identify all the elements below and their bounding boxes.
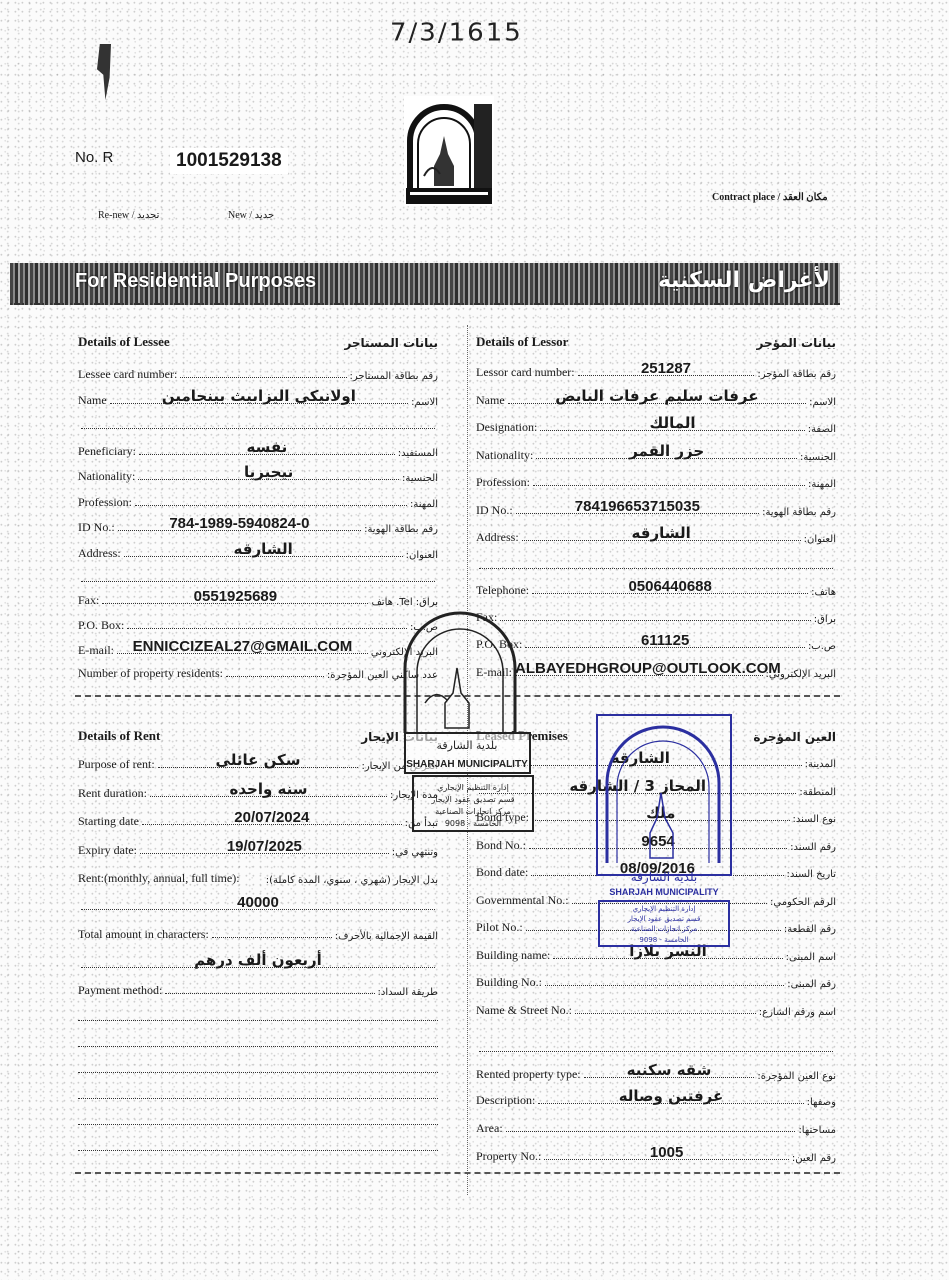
lessee-field-label-en: Fax:	[78, 593, 99, 608]
lessor-field-value: جزر القمر	[536, 442, 797, 460]
rent-field-value: 20/07/2024	[142, 809, 402, 826]
lessee-field-row: Address:الشارقهالعنوان:	[78, 539, 438, 561]
lessor-field-row: Designation:المالكالصفة:	[476, 413, 836, 435]
lessor-field-label-en: ID No.:	[476, 503, 513, 518]
premises-field-row: Area:مساحتها:	[476, 1114, 836, 1136]
premises-field-label-en: Bond date:	[476, 865, 528, 880]
lessee-field-label-en: Profession:	[78, 495, 132, 510]
lessee-field-row: Nationality:نيجيرياالجنسية:	[78, 462, 438, 484]
lessor-field-input[interactable]: جزر القمر	[536, 458, 797, 459]
rent-field-value: سنه واحده	[150, 780, 387, 798]
lessee-title-en: Details of Lessee	[78, 334, 170, 350]
premises-field-row: Rented property type:شقه سكنيهنوع العين …	[476, 1060, 836, 1082]
lessee-field-value: نفسه	[139, 438, 395, 456]
lessor-field-value: 784196653715035	[516, 498, 759, 515]
lessee-field-input[interactable]: نفسه	[139, 454, 395, 455]
lessee-field-label-ar: الجنسية:	[402, 473, 438, 484]
lessee-field-label-en: Name	[78, 393, 107, 408]
lessor-field-label-en: Lessor card number:	[476, 365, 575, 380]
municipality-stamp-black-icon: بلدية الشارقة SHARJAH MUNICIPALITY إدارة…	[395, 608, 535, 833]
premises-field-input[interactable]: شقه سكنيه	[584, 1077, 755, 1078]
lessor-field-input[interactable]: المالك	[540, 430, 804, 431]
premises-field-value: شقه سكنيه	[584, 1061, 755, 1079]
premises-field-input[interactable]: 1005	[544, 1159, 789, 1160]
lessor-field-label-ar: العنوان:	[804, 534, 836, 545]
premises-field-label-en: Property No.:	[476, 1149, 541, 1164]
svg-text:SHARJAH MUNICIPALITY: SHARJAH MUNICIPALITY	[406, 759, 528, 770]
premises-field-row: Description:غرفتين وصالهوصفها:	[476, 1086, 836, 1108]
premises-field-value: غرفتين وصاله	[538, 1087, 803, 1105]
rent-title-en: Details of Rent	[78, 728, 160, 744]
rent-field-label-ar: وتنتهي في:	[392, 847, 438, 858]
premises-field-row	[476, 1034, 836, 1056]
lessee-field-value: ENNICCIZEAL27@GMAIL.COM	[117, 638, 368, 655]
premises-field-value: 1005	[544, 1144, 789, 1161]
lessee-field-label-ar: براق: Tel. هاتف	[371, 597, 438, 608]
lessee-field-row	[78, 564, 438, 586]
sharjah-municipality-logo-icon	[404, 96, 494, 206]
lessee-field-input[interactable]: 784-1989-5940824-0	[118, 530, 361, 531]
premises-field-label-en: Pilot No.:	[476, 920, 523, 935]
premises-field-input[interactable]	[506, 1131, 796, 1132]
lessee-field-value: نيجيريا	[138, 463, 399, 481]
new-option: New / جديد	[228, 210, 274, 221]
lessor-field-row: Nationality:جزر القمرالجنسية:	[476, 441, 836, 463]
lessor-field-input[interactable]	[533, 485, 805, 486]
premises-field-label-ar: تاريخ السند:	[787, 869, 836, 880]
svg-text:مركز انجازات الصناعية: مركز انجازات الصناعية	[435, 807, 511, 816]
premises-field-label-ar: اسم ورقم الشارع:	[759, 1007, 836, 1018]
handwritten-reference: 7/3/1615	[390, 19, 523, 48]
lessee-field-label-en: E-mail:	[78, 643, 114, 658]
payment-method-row: Payment method: طريقة السداد:	[78, 976, 438, 998]
svg-text:الخامسة - 9098: الخامسة - 9098	[445, 819, 501, 828]
lessor-field-label-ar: المهنة:	[808, 479, 836, 490]
rent-field-row: Rent duration:سنه واحدهمدة الإيجار:	[78, 779, 438, 801]
lessee-field-input[interactable]	[226, 676, 324, 677]
lessor-field-label-en: Telephone:	[476, 583, 529, 598]
premises-field-label-en: Area:	[476, 1121, 503, 1136]
lessor-field-label-en: Name	[476, 393, 505, 408]
municipality-stamp-blue-icon: بلدية الشارقة SHARJAH MUNICIPALITY إدارة…	[595, 713, 733, 948]
lessee-field-value: اولانيكى اليزابيث بينجامين	[110, 387, 408, 405]
lessor-field-input[interactable]	[500, 620, 810, 621]
lessor-field-label-ar: الصفة:	[808, 424, 836, 435]
premises-field-label-en: Building name:	[476, 948, 550, 963]
lessee-field-value: 0551925689	[102, 588, 368, 605]
section-banner: For Residential Purposes لأغراض السكنية	[10, 263, 840, 305]
rent-field-label-en: Starting date	[78, 814, 139, 829]
lessor-field-value: الشارقه	[522, 524, 801, 542]
lessor-field-row: Lessor card number:251287رقم بطاقة المؤج…	[476, 358, 836, 380]
lessor-field-value: 611125	[525, 632, 805, 649]
rent-field-value: 19/07/2025	[140, 838, 389, 855]
premises-field-input[interactable]	[575, 1013, 756, 1014]
lessee-field-row: Fax:0551925689براق: Tel. هاتف	[78, 586, 438, 608]
bottom-divider	[75, 1172, 840, 1174]
rent-amount-row: 40000	[78, 892, 438, 914]
premises-field-row: Building No.:رقم المبنى:	[476, 968, 836, 990]
lessee-field-input[interactable]	[127, 628, 407, 629]
premises-field-label-ar: رقم المبنى:	[787, 979, 836, 990]
svg-text:SHARJAH MUNICIPALITY: SHARJAH MUNICIPALITY	[609, 887, 718, 897]
lessor-field-input[interactable]: عرفات سليم عرفات البايض	[508, 403, 806, 404]
premises-field-input[interactable]	[479, 1051, 833, 1052]
lessor-field-label-ar: رقم بطاقة الهوية:	[762, 507, 836, 518]
lessee-field-label-en: ID No.:	[78, 520, 115, 535]
lessee-field-label-ar: رقم بطاقة الهوية:	[364, 524, 438, 535]
rent-field-value: سكن عائلى	[158, 751, 359, 769]
premises-field-label-ar: رقم العين:	[792, 1153, 836, 1164]
lessor-field-label-en: Profession:	[476, 475, 530, 490]
lessor-field-row: Address:الشارقهالعنوان:	[476, 523, 836, 545]
svg-text:بلدية الشارقة: بلدية الشارقة	[437, 739, 498, 752]
tenancy-contract-page: 7/3/1615 No. R 1001529138 Re-new / تجديد…	[0, 0, 949, 1280]
total-amount-value: أربعون ألف درهم	[81, 951, 435, 969]
premises-field-label-ar: اسم المبنى:	[786, 952, 836, 963]
premises-field-input[interactable]: غرفتين وصاله	[538, 1103, 803, 1104]
svg-text:الخامسة - 9098: الخامسة - 9098	[639, 936, 688, 944]
premises-field-row: Property No.:1005رقم العين:	[476, 1142, 836, 1164]
premises-field-label-ar: مساحتها:	[798, 1125, 836, 1136]
lessee-field-input[interactable]	[81, 428, 435, 429]
premises-field-label-ar: الرقم الحكومي:	[770, 897, 836, 908]
lessor-field-input[interactable]: 784196653715035	[516, 513, 759, 514]
lessee-field-value: الشارقه	[124, 540, 403, 558]
contract-number-label: No. R	[75, 149, 113, 166]
svg-text:قسم تصديق عقود الإيجار: قسم تصديق عقود الإيجار	[627, 915, 701, 923]
svg-text:قسم تصديق عقود الإيجار: قسم تصديق عقود الإيجار	[430, 795, 514, 805]
lessor-field-input[interactable]	[479, 568, 833, 569]
lessee-field-label-ar: الاسم:	[411, 397, 438, 408]
lessee-field-label-en: Peneficiary:	[78, 444, 136, 459]
lessor-field-label-en: Nationality:	[476, 448, 533, 463]
premises-field-label-ar: نوع السند:	[793, 814, 836, 825]
lessee-field-label-en: Nationality:	[78, 469, 135, 484]
svg-text:بلدية الشارقة: بلدية الشارقة	[631, 870, 698, 885]
premises-field-label-ar: رقم القطعة:	[784, 924, 836, 935]
premises-field-label-ar: المنطقة:	[799, 787, 836, 798]
svg-text:مركز انجازات الصناعية: مركز انجازات الصناعية	[631, 925, 697, 933]
lessee-field-input[interactable]: اولانيكى اليزابيث بينجامين	[110, 403, 408, 404]
lessee-field-input[interactable]: ENNICCIZEAL27@GMAIL.COM	[117, 653, 368, 654]
lessee-field-row	[78, 411, 438, 433]
lessee-field-row: Nameاولانيكى اليزابيث بينجامينالاسم:	[78, 386, 438, 408]
banner-title-ar: لأغراض السكنية	[658, 268, 830, 293]
lessor-field-label-ar: رقم بطاقة المؤجر:	[757, 369, 836, 380]
lessor-field-value: عرفات سليم عرفات البايض	[508, 387, 806, 405]
scan-mark	[97, 44, 111, 100]
premises-field-label-en: Rented property type:	[476, 1067, 581, 1082]
rent-section: Details of Rent بيانات الإيجار Rent:(mon…	[78, 722, 438, 1182]
premises-field-label-en: Description:	[476, 1093, 535, 1108]
lessor-field-value: المالك	[540, 414, 804, 432]
rent-field-label-en: Expiry date:	[78, 843, 137, 858]
rent-field-input[interactable]: سنه واحده	[150, 796, 387, 797]
lessee-field-label-en: Address:	[78, 546, 121, 561]
rent-field-label-en: Purpose of rent:	[78, 757, 155, 772]
lessor-field-label-ar: الجنسية:	[800, 452, 836, 463]
lessor-field-row	[476, 551, 836, 573]
lessor-field-input[interactable]: الشارقه	[522, 540, 801, 541]
banner-title-en: For Residential Purposes	[75, 270, 316, 293]
premises-field-label-ar: وصفها:	[807, 1097, 836, 1108]
lessor-field-label-ar: الاسم:	[809, 397, 836, 408]
lessor-field-row: Telephone:0506440688هاتف:	[476, 576, 836, 598]
lessee-field-row: Lessee card number:رقم بطاقة المستاجر:	[78, 360, 438, 382]
lessee-field-label-ar: المستفيد:	[398, 448, 438, 459]
lessee-field-row: Profession:المهنة:	[78, 488, 438, 510]
premises-field-label-ar: رقم السند:	[790, 842, 836, 853]
lessee-field-row: Number of property residents:عدد ساكني ا…	[78, 659, 438, 681]
premises-field-label-en: Bond No.:	[476, 838, 526, 853]
lessor-field-input[interactable]: 611125	[525, 647, 805, 648]
lessor-field-label-ar: هاتف:	[811, 587, 836, 598]
lessee-field-label-ar: المهنة:	[410, 499, 438, 510]
lessee-section: Details of Lessee بيانات المستاجر Lessee…	[78, 328, 438, 698]
lessor-field-input[interactable]: 251287	[578, 375, 755, 376]
lessor-field-input[interactable]: ALBAYEDHGROUP@OUTLOOK.COM	[515, 675, 763, 676]
lessee-field-input[interactable]: نيجيريا	[138, 479, 399, 480]
lessor-field-label-en: Address:	[476, 530, 519, 545]
svg-text:إدارة التنظيم الإيجاري: إدارة التنظيم الإيجاري	[633, 905, 696, 913]
rent-amount-value: 40000	[81, 894, 435, 911]
svg-text:إدارة التنظيم الإيجاري: إدارة التنظيم الإيجاري	[437, 783, 509, 793]
lessee-field-input[interactable]: الشارقه	[124, 556, 403, 557]
lessee-field-row: ID No.:784-1989-5940824-0رقم بطاقة الهوي…	[78, 513, 438, 535]
premises-title-ar: العين المؤجرة	[753, 730, 836, 744]
lessor-field-value: 251287	[578, 360, 755, 377]
rent-field-row: Purpose of rent:سكن عائلىالغرض من الإيجا…	[78, 750, 438, 772]
lessee-field-label-ar: العنوان:	[406, 550, 438, 561]
rent-field-row: Starting date20/07/2024تبدأ من:	[78, 807, 438, 829]
lessee-field-label-en: P.O. Box:	[78, 618, 124, 633]
lessor-field-value: ALBAYEDHGROUP@OUTLOOK.COM	[515, 660, 763, 677]
lessor-title-en: Details of Lessor	[476, 334, 568, 350]
lessee-field-row: E-mail:ENNICCIZEAL27@GMAIL.COMالبريد الإ…	[78, 636, 438, 658]
lessee-field-input[interactable]	[135, 505, 407, 506]
lessee-title-ar: بيانات المستاجر	[344, 336, 438, 350]
contract-place-label: Contract place / مكان العقد	[712, 192, 828, 203]
lessee-field-row: P.O. Box:ص.ب:	[78, 611, 438, 633]
renew-option: Re-new / تجديد	[98, 210, 159, 221]
premises-field-input[interactable]	[545, 985, 784, 986]
lessor-field-input[interactable]: 0506440688	[532, 593, 808, 594]
lessor-title-ar: بيانات المؤجر	[757, 336, 836, 350]
rent-field-input[interactable]: 20/07/2024	[142, 824, 402, 825]
rent-field-input[interactable]: سكن عائلى	[158, 767, 359, 768]
lessee-field-label-ar: رقم بطاقة المستاجر:	[350, 371, 438, 382]
lessor-field-label-ar: ص.ب:	[808, 641, 836, 652]
lessee-field-label-en: Lessee card number:	[78, 367, 177, 382]
lessor-field-row: Nameعرفات سليم عرفات البايضالاسم:	[476, 386, 836, 408]
rent-field-label-en: Rent duration:	[78, 786, 147, 801]
lessor-field-row: ID No.:784196653715035رقم بطاقة الهوية:	[476, 496, 836, 518]
premises-field-label-en: Building No.:	[476, 975, 542, 990]
premises-field-label-en: Name & Street No.:	[476, 1003, 572, 1018]
lessee-field-input[interactable]: 0551925689	[102, 603, 368, 604]
premises-field-label-ar: المدينة:	[805, 759, 836, 770]
lessor-field-label-en: Designation:	[476, 420, 537, 435]
total-amount-label-row: Total amount in characters: القيمة الإجم…	[78, 920, 438, 942]
rent-amount-label-row: Rent:(monthly, annual, full time): بدل ا…	[78, 864, 438, 886]
lessee-field-row: Peneficiary:نفسهالمستفيد:	[78, 437, 438, 459]
premises-field-label-ar: نوع العين المؤجرة:	[757, 1071, 836, 1082]
lessee-field-input[interactable]	[81, 581, 435, 582]
premises-field-row: Name & Street No.:اسم ورقم الشارع:	[476, 996, 836, 1018]
lessee-field-input[interactable]	[180, 377, 346, 378]
lessor-field-value: 0506440688	[532, 578, 808, 595]
lessee-field-value: 784-1989-5940824-0	[118, 515, 361, 532]
total-amount-row: أربعون ألف درهم	[78, 950, 438, 972]
premises-field-label-en: Governmental No.:	[476, 893, 569, 908]
premises-field-input[interactable]: النسر بلازا	[553, 958, 782, 959]
lessee-field-label-en: Number of property residents:	[78, 666, 223, 681]
lessor-field-row: Profession:المهنة:	[476, 468, 836, 490]
rent-field-input[interactable]: 19/07/2025	[140, 853, 389, 854]
lessor-field-label-ar: براق:	[814, 614, 836, 625]
rent-field-row: Expiry date:19/07/2025وتنتهي في:	[78, 836, 438, 858]
contract-number-value: 1001529138	[170, 148, 288, 174]
